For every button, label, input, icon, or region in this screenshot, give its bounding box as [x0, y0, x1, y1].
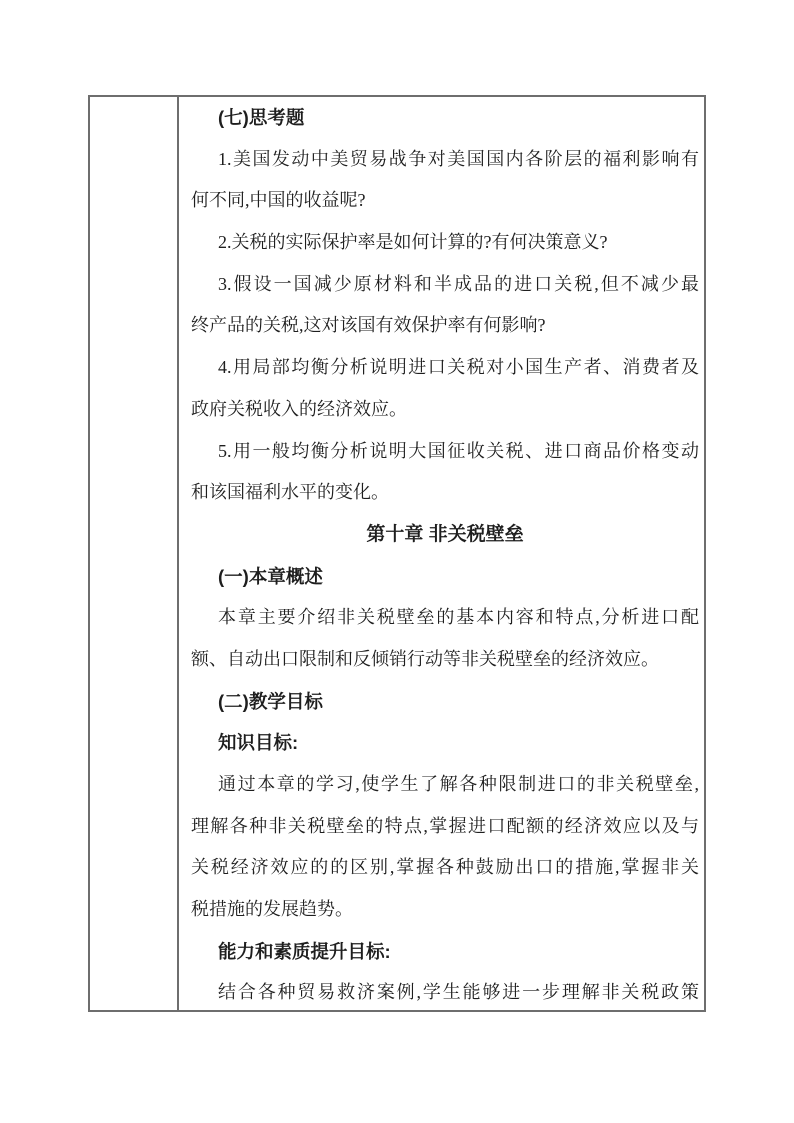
table-cell-right: (七)思考题1.美国发动中美贸易战争对美国国内各阶层的福利影响有何不同,中国的收… [179, 97, 704, 1010]
text-line: 结合各种贸易救济案例,学生能够进一步理解非关税政策 [191, 972, 699, 1010]
paragraph: 通过本章的学习,使学生了解各种限制进口的非关税壁垒,理解各种非关税壁垒的特点,掌… [191, 764, 699, 931]
text-line: 3.假设一国减少原材料和半成品的进口关税,但不减少最 [191, 264, 699, 306]
document-page: (七)思考题1.美国发动中美贸易战争对美国国内各阶层的福利影响有何不同,中国的收… [0, 0, 794, 1123]
text-line: 通过本章的学习,使学生了解各种限制进口的非关税壁垒, [191, 764, 699, 806]
text-line: (二)教学目标 [191, 681, 699, 723]
chapter-heading: 第十章 非关税壁垒 [191, 514, 699, 556]
paragraph: 结合各种贸易救济案例,学生能够进一步理解非关税政策 [191, 972, 699, 1010]
paragraph: 4.用局部均衡分析说明进口关税对小国生产者、消费者及政府关税收入的经济效应。 [191, 347, 699, 430]
paragraph: 5.用一般均衡分析说明大国征收关税、进口商品价格变动和该国福利水平的变化。 [191, 431, 699, 514]
text-line: 2.关税的实际保护率是如何计算的?有何决策意义? [191, 222, 699, 264]
paragraph: 2.关税的实际保护率是如何计算的?有何决策意义? [191, 222, 699, 264]
text-line: 能力和素质提升目标: [191, 931, 699, 973]
paragraph: 1.美国发动中美贸易战争对美国国内各阶层的福利影响有何不同,中国的收益呢? [191, 139, 699, 222]
text-line: 4.用局部均衡分析说明进口关税对小国生产者、消费者及 [191, 347, 699, 389]
text-line: 关税经济效应的的区别,掌握各种鼓励出口的措施,掌握非关 [191, 847, 699, 889]
lesson-plan-table: (七)思考题1.美国发动中美贸易战争对美国国内各阶层的福利影响有何不同,中国的收… [88, 95, 706, 1012]
subheading-knowledge-goals: 知识目标: [191, 722, 699, 764]
paragraph: 3.假设一国减少原材料和半成品的进口关税,但不减少最终产品的关税,这对该国有效保… [191, 264, 699, 347]
text-line: 终产品的关税,这对该国有效保护率有何影响? [191, 305, 699, 347]
text-line: 知识目标: [191, 722, 699, 764]
section-heading-overview: (一)本章概述 [191, 556, 699, 598]
text-line: 何不同,中国的收益呢? [191, 180, 699, 222]
text-line: 税措施的发展趋势。 [191, 889, 699, 931]
text-line: 5.用一般均衡分析说明大国征收关税、进口商品价格变动 [191, 431, 699, 473]
text-line: 政府关税收入的经济效应。 [191, 389, 699, 431]
section-heading-teaching-goals: (二)教学目标 [191, 681, 699, 723]
subheading-ability-goals: 能力和素质提升目标: [191, 931, 699, 973]
text-line: 理解各种非关税壁垒的特点,掌握进口配额的经济效应以及与 [191, 806, 699, 848]
text-line: (七)思考题 [191, 97, 699, 139]
paragraph: 本章主要介绍非关税壁垒的基本内容和特点,分析进口配额、自动出口限制和反倾销行动等… [191, 597, 699, 680]
text-line: 额、自动出口限制和反倾销行动等非关税壁垒的经济效应。 [191, 639, 699, 681]
text-line: (一)本章概述 [191, 556, 699, 598]
text-line: 第十章 非关税壁垒 [191, 514, 699, 556]
text-line: 1.美国发动中美贸易战争对美国国内各阶层的福利影响有 [191, 139, 699, 181]
table-cell-left [90, 97, 179, 1010]
section-heading-questions: (七)思考题 [191, 97, 699, 139]
text-line: 和该国福利水平的变化。 [191, 472, 699, 514]
text-line: 本章主要介绍非关税壁垒的基本内容和特点,分析进口配 [191, 597, 699, 639]
